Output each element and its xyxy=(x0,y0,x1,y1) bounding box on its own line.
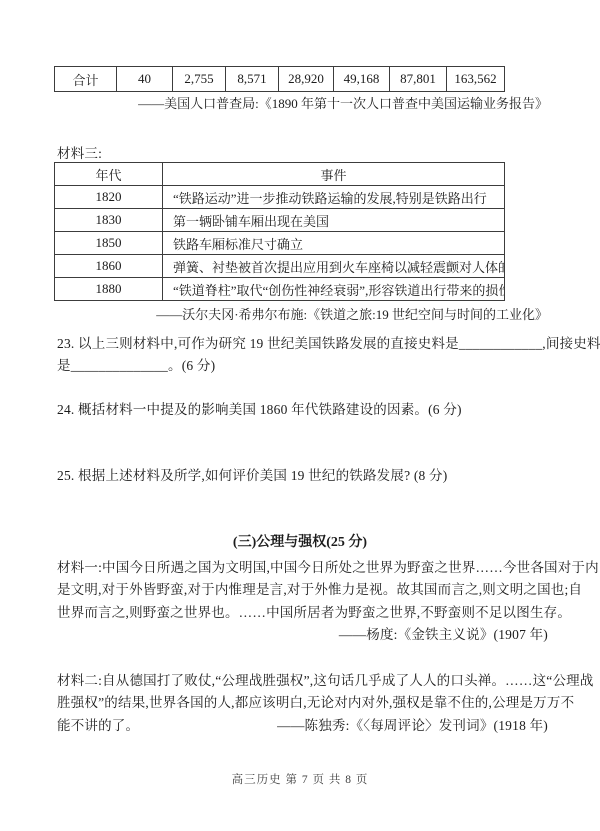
question-24-text: 24. 概括材料一中提及的影响美国 1860 年代铁路建设的因素。(6 分) xyxy=(57,399,548,421)
totals-table: 合计 40 2,755 8,571 28,920 49,168 87,801 1… xyxy=(54,66,505,92)
question-25: 25. 根据上述材料及所学,如何评价美国 19 世纪的铁路发展? (8 分) xyxy=(57,465,548,487)
totals-cell: 40 xyxy=(117,67,173,92)
source-citation-census: ——美国人口普查局:《1890 年第十一次人口普查中美国运输业务报告》 xyxy=(57,96,548,112)
totals-cell: 2,755 xyxy=(173,67,226,92)
totals-cell: 87,801 xyxy=(390,67,447,92)
event-cell: 弹簧、衬垫被首次提出应用到火车座椅以减轻震颤对人体的伤害 xyxy=(163,255,505,278)
question-23: 23. 以上三则材料中,可作为研究 19 世纪美国铁路发展的直接史料是_____… xyxy=(57,333,548,378)
material2-paragraph: 材料二:自从德国打了败仗,“公理战胜强权”,这句话几乎成了人人的口头禅。……这“… xyxy=(57,670,548,737)
year-cell: 1850 xyxy=(55,232,163,255)
material2-last-line: 能不讲的了。 ——陈独秀:《〈每周评论〉发刊词》(1918 年) xyxy=(57,715,548,737)
events-table-header-row: 年代 事件 xyxy=(55,163,505,186)
totals-cell: 8,571 xyxy=(226,67,279,92)
table-row: 1880 “铁道脊柱”取代“创伤性神经衰弱”,形容铁道出行带来的损伤 xyxy=(55,278,505,301)
year-cell: 1880 xyxy=(55,278,163,301)
year-cell: 1830 xyxy=(55,209,163,232)
material2-line: 能不讲的了。 xyxy=(57,715,139,737)
totals-row: 合计 40 2,755 8,571 28,920 49,168 87,801 1… xyxy=(55,67,505,92)
material3-label-text: 材料三: xyxy=(57,146,102,161)
question-23-line1: 23. 以上三则材料中,可作为研究 19 世纪美国铁路发展的直接史料是_____… xyxy=(57,333,548,355)
material1-line: 世界而言之,则野蛮之世界也。……中国所居者为野蛮之世界,不野蛮则不足以图生存。 xyxy=(57,602,548,624)
table-row: 1830 第一辆卧铺车厢出现在美国 xyxy=(55,209,505,232)
page-footer: 高三历史 第 7 页 共 8 页 xyxy=(0,771,600,787)
material1-line: 材料一:中国今日所遇之国为文明国,中国今日所处之世界为野蛮之世界……今世各国对于… xyxy=(57,557,548,579)
table-row: 1860 弹簧、衬垫被首次提出应用到火车座椅以减轻震颤对人体的伤害 xyxy=(55,255,505,278)
table-row: 1850 铁路车厢标准尺寸确立 xyxy=(55,232,505,255)
totals-cell: 合计 xyxy=(55,67,117,92)
event-cell: “铁路运动”进一步推动铁路运输的发展,特别是铁路出行 xyxy=(163,186,505,209)
event-cell: 第一辆卧铺车厢出现在美国 xyxy=(163,209,505,232)
event-cell: 铁路车厢标准尺寸确立 xyxy=(163,232,505,255)
events-table: 年代 事件 1820 “铁路运动”进一步推动铁路运输的发展,特别是铁路出行 18… xyxy=(54,162,505,301)
totals-cell: 28,920 xyxy=(279,67,334,92)
material2-line: 材料二:自从德国打了败仗,“公理战胜强权”,这句话几乎成了人人的口头禅。……这“… xyxy=(57,670,548,692)
totals-cell: 49,168 xyxy=(334,67,390,92)
source-citation-yangdu: ——杨度:《金铁主义说》(1907 年) xyxy=(57,624,548,646)
events-col-header-event: 事件 xyxy=(163,163,505,186)
year-cell: 1820 xyxy=(55,186,163,209)
section-heading: (三)公理与强权(25 分) xyxy=(0,531,600,551)
question-25-text: 25. 根据上述材料及所学,如何评价美国 19 世纪的铁路发展? (8 分) xyxy=(57,465,548,487)
material1-paragraph: 材料一:中国今日所遇之国为文明国,中国今日所处之世界为野蛮之世界……今世各国对于… xyxy=(57,557,548,647)
source-citation-chenduxiu: ——陈独秀:《〈每周评论〉发刊词》(1918 年) xyxy=(277,715,548,737)
table-row: 1820 “铁路运动”进一步推动铁路运输的发展,特别是铁路出行 xyxy=(55,186,505,209)
question-24: 24. 概括材料一中提及的影响美国 1860 年代铁路建设的因素。(6 分) xyxy=(57,399,548,421)
events-col-header-year: 年代 xyxy=(55,163,163,186)
totals-cell: 163,562 xyxy=(447,67,505,92)
event-cell: “铁道脊柱”取代“创伤性神经衰弱”,形容铁道出行带来的损伤 xyxy=(163,278,505,301)
year-cell: 1860 xyxy=(55,255,163,278)
source-citation-railway-journey: ——沃尔夫冈·希弗尔布施:《铁道之旅:19 世纪空间与时间的工业化》 xyxy=(57,307,548,323)
material1-line: 是文明,对于外皆野蛮,对于内惟理是言,对于外惟力是视。故其国而言之,则文明之国也… xyxy=(57,579,548,601)
question-23-line2: 是______________。(6 分) xyxy=(57,355,548,377)
exam-page: { "colors": { "ink": "#1c1c1c", "paper":… xyxy=(0,0,600,831)
material2-line: 胜强权”的结果,世界各国的人,都应该明白,无论对内对外,强权是靠不住的,公理是万… xyxy=(57,692,548,714)
